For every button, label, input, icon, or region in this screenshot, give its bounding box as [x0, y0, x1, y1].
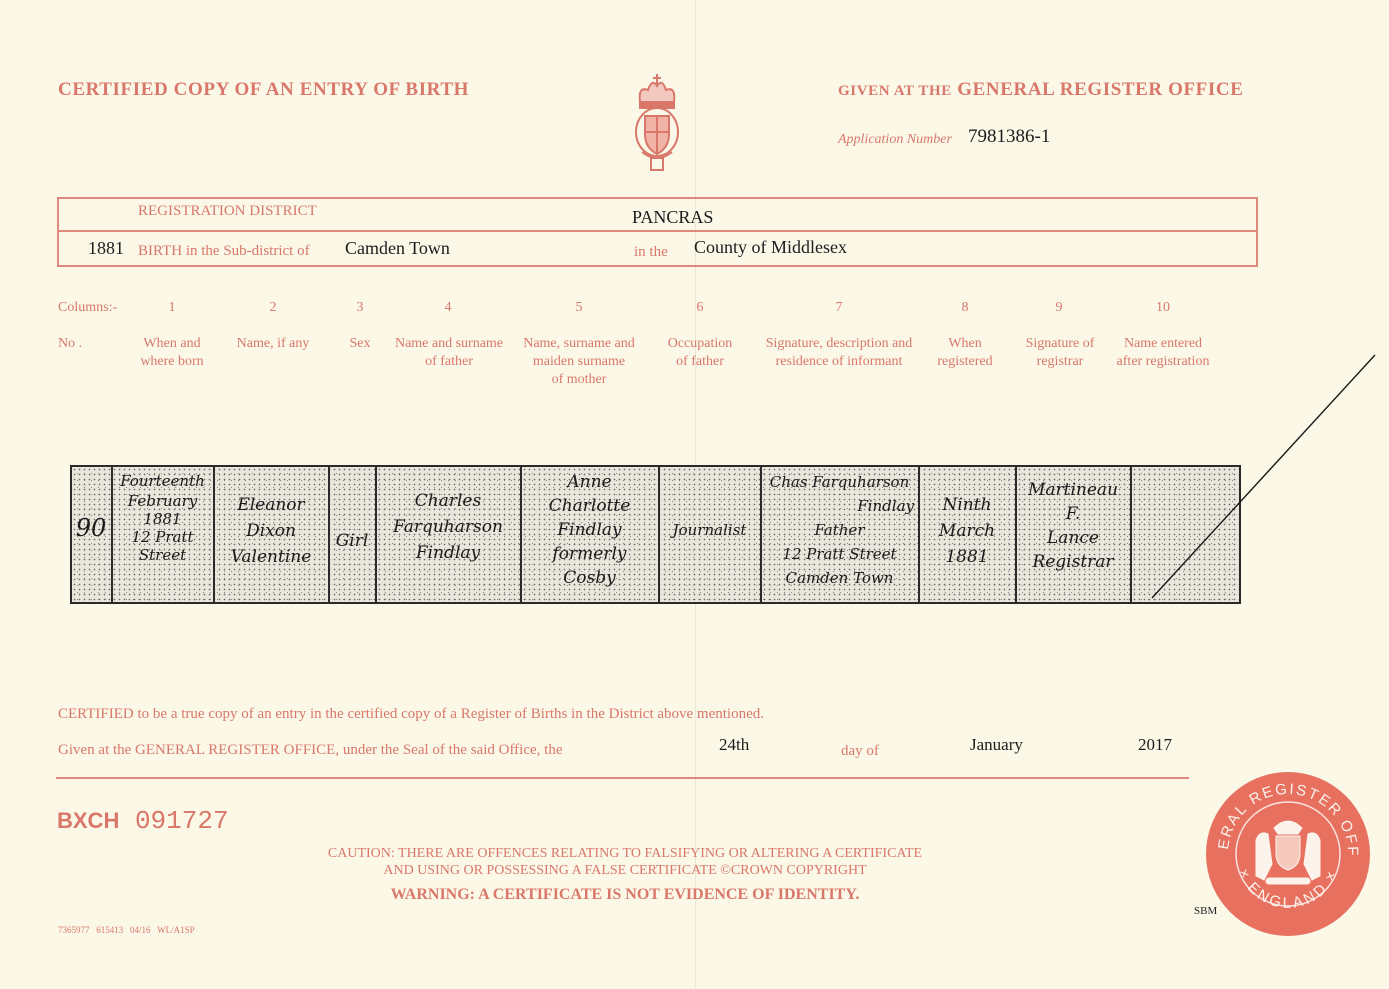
- column-number-5: 5: [564, 300, 594, 316]
- column-header-mother: Name, surname and maiden surname of moth…: [514, 335, 644, 389]
- issuing-office-title: GIVEN AT THE GENERAL REGISTER OFFICE: [838, 79, 1243, 101]
- general-register-office-seal-icon: GENERAL REGISTER OFFICE × ENGLAND ×: [1204, 770, 1372, 938]
- column-header-line: registered: [925, 353, 1005, 371]
- column-header-line: Name and surname: [384, 335, 514, 353]
- column-header-line: where born: [122, 353, 222, 371]
- entry-column-divider: [1130, 465, 1132, 604]
- caution-line: CAUTION: THERE ARE OFFENCES RELATING TO …: [300, 845, 950, 862]
- column-header-line: Occupation: [655, 335, 745, 353]
- column-header-line: registrar: [1015, 353, 1105, 371]
- signatory-initials: SBM: [1194, 905, 1217, 917]
- column-header-line: When and: [122, 335, 222, 353]
- column-header-occupation: Occupation of father: [655, 335, 745, 371]
- certification-statement: CERTIFIED to be a true copy of an entry …: [58, 706, 764, 723]
- caution-line: AND USING OR POSSESSING A FALSE CERTIFIC…: [300, 862, 950, 879]
- royal-crest-icon: [628, 72, 686, 174]
- column-header-line: Name, if any: [223, 335, 323, 353]
- county-value: County of Middlesex: [694, 237, 847, 258]
- print-code: 7365977 615413 04/16 WL/A1SP: [58, 925, 195, 935]
- subdistrict-value: Camden Town: [345, 238, 450, 259]
- column-header-line: Sex: [335, 335, 385, 353]
- handwritten-line: formerly: [521, 542, 658, 566]
- handwritten-line: Findlay: [761, 494, 918, 518]
- column-header-line: Signature of: [1015, 335, 1105, 353]
- column-header-line: after registration: [1108, 353, 1218, 371]
- handwritten-line: Ninth: [919, 492, 1015, 518]
- column-header-line: of father: [384, 353, 514, 371]
- entry-occupation: Journalist: [659, 517, 760, 543]
- entry-when-where-born: Fourteenth February 1881 12 Pratt Street: [112, 468, 213, 568]
- handwritten-line: Farquharson: [376, 514, 520, 540]
- column-header-when-registered: When registered: [925, 335, 1005, 371]
- handwritten-line: Findlay: [376, 540, 520, 566]
- entry-sex: Girl: [329, 528, 375, 554]
- column-header-line: of father: [655, 353, 745, 371]
- column-number-3: 3: [345, 300, 375, 316]
- handwritten-line: Charles: [376, 488, 520, 514]
- certificate-serial: BXCH 091727: [57, 806, 229, 836]
- in-the-label: in the: [634, 244, 668, 261]
- column-header-line: Name entered: [1108, 335, 1218, 353]
- handwritten-line: Street: [112, 542, 213, 568]
- district-divider: [57, 230, 1258, 232]
- column-header-line: residence of informant: [754, 353, 924, 371]
- entry-mother: Anne Charlotte Findlay formerly Cosby: [521, 470, 658, 590]
- columns-label: Columns:-: [58, 300, 117, 316]
- handwritten-line: Camden Town: [761, 566, 918, 590]
- entry-when-registered: Ninth March 1881: [919, 492, 1015, 570]
- column-number-8: 8: [950, 300, 980, 316]
- column-header-informant: Signature, description and residence of …: [754, 335, 924, 371]
- application-number: 7981386-1: [968, 126, 1050, 148]
- handwritten-line: Charlotte: [521, 494, 658, 518]
- entry-child-name: Eleanor Dixon Valentine: [214, 492, 328, 570]
- handwritten-line: Registrar: [1016, 547, 1130, 577]
- column-header-line: When: [925, 335, 1005, 353]
- serial-number: 091727: [135, 806, 229, 836]
- caution-notice: CAUTION: THERE ARE OFFENCES RELATING TO …: [300, 845, 950, 879]
- registration-year: 1881: [88, 238, 124, 259]
- handwritten-line: Findlay: [521, 518, 658, 542]
- handwritten-line: Anne: [521, 470, 658, 494]
- registration-district-label: REGISTRATION DISTRICT: [138, 203, 317, 220]
- entry-informant: Chas Farquharson Findlay Father 12 Pratt…: [761, 470, 918, 590]
- column-header-sex: Sex: [335, 335, 385, 353]
- column-no-label: No .: [58, 336, 82, 352]
- day-of-label: day of: [841, 743, 879, 760]
- issue-day: 24th: [719, 735, 749, 755]
- given-at-statement: Given at the GENERAL REGISTER OFFICE, un…: [58, 742, 563, 759]
- serial-prefix: BXCH: [57, 808, 119, 833]
- issue-year: 2017: [1138, 735, 1172, 755]
- handwritten-line: March: [919, 518, 1015, 544]
- handwritten-line: 12 Pratt Street: [761, 542, 918, 566]
- column-header-name-after-registration: Name entered after registration: [1108, 335, 1218, 371]
- column-header-registrar: Signature of registrar: [1015, 335, 1105, 371]
- handwritten-line: Cosby: [521, 566, 658, 590]
- column-header-line: Signature, description and: [754, 335, 924, 353]
- handwritten-line: Valentine: [214, 544, 328, 570]
- column-number-1: 1: [157, 300, 187, 316]
- registration-district-value: PANCRAS: [632, 207, 713, 228]
- column-number-2: 2: [258, 300, 288, 316]
- certificate-title: CERTIFIED COPY OF AN ENTRY OF BIRTH: [58, 79, 469, 101]
- date-underline: [56, 777, 1189, 779]
- handwritten-line: Chas Farquharson: [761, 470, 918, 494]
- column-number-4: 4: [433, 300, 463, 316]
- handwritten-line: Eleanor: [214, 492, 328, 518]
- column-number-7: 7: [824, 300, 854, 316]
- column-header-when-where-born: When and where born: [122, 335, 222, 371]
- entry-registrar: Martineau F. Lance Registrar: [1016, 475, 1130, 577]
- column-header-line: maiden surname: [514, 353, 644, 371]
- issuing-office-prefix: GIVEN AT THE: [838, 83, 952, 99]
- application-number-label: Application Number: [838, 132, 952, 148]
- column-number-9: 9: [1044, 300, 1074, 316]
- column-header-line: Name, surname and: [514, 335, 644, 353]
- column-number-10: 10: [1148, 300, 1178, 316]
- handwritten-line: 1881: [919, 544, 1015, 570]
- entry-father: Charles Farquharson Findlay: [376, 488, 520, 566]
- subdistrict-label: BIRTH in the Sub-district of: [138, 243, 310, 260]
- issuing-office-name: GENERAL REGISTER OFFICE: [957, 79, 1243, 100]
- issue-month: January: [970, 735, 1023, 755]
- handwritten-line: Dixon: [214, 518, 328, 544]
- entry-number: 90: [72, 515, 110, 541]
- column-header-line: of mother: [514, 371, 644, 389]
- column-number-6: 6: [685, 300, 715, 316]
- column-header-father: Name and surname of father: [384, 335, 514, 371]
- identity-warning: WARNING: A CERTIFICATE IS NOT EVIDENCE O…: [300, 886, 950, 904]
- column-header-name: Name, if any: [223, 335, 323, 353]
- handwritten-line: Father: [761, 518, 918, 542]
